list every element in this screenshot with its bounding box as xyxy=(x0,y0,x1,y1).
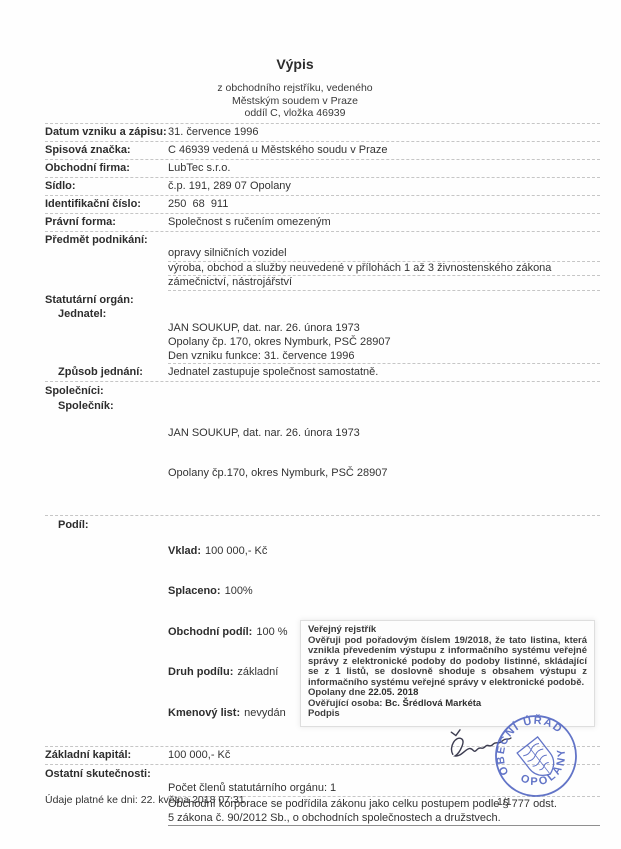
field-row-spolecnik: Společník: JAN SOUKUP, dat. nar. 26. úno… xyxy=(45,398,600,506)
spolecnik-line: JAN SOUKUP, dat. nar. 26. února 1973 xyxy=(168,426,600,440)
field-label: Obchodní firma: xyxy=(45,162,168,175)
field-label: Identifikační číslo: xyxy=(45,198,168,211)
field-value: C 46939 vedená u Městského soudu v Praze xyxy=(168,144,600,157)
section-label-spolecnici: Společníci: xyxy=(45,382,600,398)
stamp-person-name: Bc. Šrédlová Markéta xyxy=(385,698,481,709)
field-label: Sídlo: xyxy=(45,180,168,193)
section-label-statutarni-organ: Statutární orgán: xyxy=(45,291,600,307)
field-row-zpusob-jednani: Způsob jednání: Jednatel zastupuje spole… xyxy=(45,364,600,382)
subtitle-line-1: z obchodního rejstříku, vedeného xyxy=(0,82,590,95)
podil-item: Splaceno:100% xyxy=(168,584,600,599)
field-value: LubTec s.r.o. xyxy=(168,162,600,175)
jednatel-line: JAN SOUKUP, dat. nar. 26. února 1973 xyxy=(168,321,600,335)
sub-label-jednatel: Jednatel: xyxy=(45,307,600,321)
field-value: JAN SOUKUP, dat. nar. 26. února 1973 Opo… xyxy=(168,400,600,506)
stamp-body-text: Ověřuji pod pořadovým číslem xyxy=(308,635,454,646)
podil-item-value: 100 000,- Kč xyxy=(205,545,267,557)
stamp-place-label: Opolany dne xyxy=(308,687,368,698)
field-label: Spisová značka: xyxy=(45,144,168,157)
field-row-datum: Datum vzniku a zápisu: 31. července 1996 xyxy=(45,124,600,142)
podil-item-value: 100 % xyxy=(256,626,287,638)
field-value: Společnost s ručením omezeným xyxy=(168,216,600,229)
field-value: Jednatel zastupuje společnost samostatně… xyxy=(168,366,600,379)
field-label: Společník: xyxy=(45,400,168,413)
subtitle-line-3: oddíl C, vložka 46939 xyxy=(0,107,590,120)
podil-item-value: základní xyxy=(237,666,278,678)
field-value: č.p. 191, 289 07 Opolany xyxy=(168,180,600,193)
predmet-item: opravy silničních vozidel xyxy=(168,247,600,262)
podil-item-key: Obchodní podíl: xyxy=(168,626,252,638)
field-row-sidlo: Sídlo: č.p. 191, 289 07 Opolany xyxy=(45,178,600,196)
field-value: 31. července 1996 xyxy=(168,126,600,139)
row-divider xyxy=(45,506,600,516)
stamp-serial-number: 19/2018 xyxy=(454,635,488,646)
subtitle-line-2: Městským soudem v Praze xyxy=(0,95,590,108)
jednatel-line: Den vzniku funkce: 31. července 1996 xyxy=(168,349,600,363)
field-label: Datum vzniku a zápisu: xyxy=(45,126,168,139)
footer-valid-date: Údaje platné ke dni: 22. května 2018 07:… xyxy=(45,794,245,806)
field-label: Základní kapitál: xyxy=(45,749,168,762)
section-label-predmet-podnikani: Předmět podnikání: xyxy=(45,232,600,247)
podil-item: Vklad:100 000,- Kč xyxy=(168,544,600,559)
jednatel-line: Opolany čp. 170, okres Nymburk, PSČ 2890… xyxy=(168,335,600,349)
predmet-item: výroba, obchod a služby neuvedené v příl… xyxy=(168,262,600,277)
stamp-person-label: Ověřující osoba: xyxy=(308,698,385,709)
podil-item-key: Splaceno: xyxy=(168,585,221,597)
field-row-spisova-znacka: Spisová značka: C 46939 vedená u Městské… xyxy=(45,142,600,160)
footer-page-number: 1/1 xyxy=(497,796,512,808)
field-label: Způsob jednání: xyxy=(45,366,168,379)
predmet-item: zámečnictví, nástrojářství xyxy=(168,276,600,291)
jednatel-details: JAN SOUKUP, dat. nar. 26. února 1973 Opo… xyxy=(168,321,600,364)
document-title: Výpis xyxy=(0,56,590,72)
podil-item-key: Vklad: xyxy=(168,545,201,557)
field-label: Právní forma: xyxy=(45,216,168,229)
podil-item-key: Kmenový list: xyxy=(168,707,240,719)
stamp-body: Ověřuji pod pořadovým číslem 19/2018, že… xyxy=(308,636,587,689)
municipal-round-seal: OBECNÍ ÚŘAD OPOLANY xyxy=(486,706,586,806)
podil-item-value: nevydán xyxy=(244,707,286,719)
document-page: Výpis z obchodního rejstříku, vedeného M… xyxy=(0,0,621,849)
field-row-obchodni-firma: Obchodní firma: LubTec s.r.o. xyxy=(45,160,600,178)
podil-item-value: 100% xyxy=(225,585,253,597)
field-row-ico: Identifikační číslo: 250 68 911 xyxy=(45,196,600,214)
podil-item-key: Druh podílu: xyxy=(168,666,233,678)
stamp-date: 22.05. 2018 xyxy=(368,687,418,698)
field-row-pravni-forma: Právní forma: Společnost s ručením omeze… xyxy=(45,214,600,232)
field-value: 250 68 911 xyxy=(168,198,600,211)
field-label: Podíl: xyxy=(45,518,168,533)
document-header: Výpis z obchodního rejstříku, vedeného M… xyxy=(0,56,590,120)
ostatni-line: 5 zákona č. 90/2012 Sb., o obchodních sp… xyxy=(168,811,600,825)
spolecnik-line: Opolany čp.170, okres Nymburk, PSČ 28907 xyxy=(168,466,600,480)
